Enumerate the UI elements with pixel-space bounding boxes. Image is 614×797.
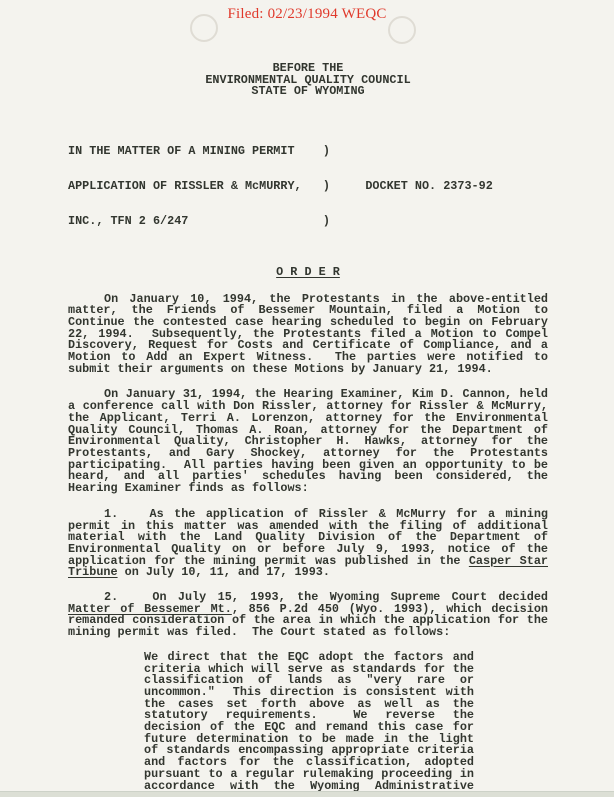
finding-paragraph-1: 1. As the application of Rissler & McMur… — [68, 509, 548, 579]
scan-bottom-edge — [0, 791, 614, 797]
order-title: O R D E R — [68, 267, 548, 279]
caption-line-2: APPLICATION OF RISSLER & McMURRY, ) DOCK… — [68, 181, 548, 193]
caption-line-3: INC., TFN 2 6/247 ) — [68, 216, 548, 228]
case-caption: IN THE MATTER OF A MINING PERMIT ) APPLI… — [68, 122, 548, 251]
document-content: BEFORE THE ENVIRONMENTAL QUALITY COUNCIL… — [68, 0, 548, 797]
caption-line-2-text: APPLICATION OF RISSLER & McMURRY, ) — [68, 179, 365, 193]
court-header-line-3: STATE OF WYOMING — [68, 86, 548, 98]
court-header: BEFORE THE ENVIRONMENTAL QUALITY COUNCIL… — [68, 63, 548, 98]
order-title-text: O R D E R — [276, 265, 340, 279]
order-paragraph-2: On January 31, 1994, the Hearing Examine… — [68, 389, 548, 494]
finding-1-text-end: on July 10, 11, and 17, 1993. — [118, 565, 330, 579]
document-page: Filed: 02/23/1994 WEQC BEFORE THE ENVIRO… — [0, 0, 614, 797]
caption-line-1: IN THE MATTER OF A MINING PERMIT ) — [68, 146, 548, 158]
order-paragraph-1: On January 10, 1994, the Protestants in … — [68, 294, 548, 376]
docket-number: DOCKET NO. 2373-92 — [365, 179, 492, 193]
finding-paragraph-2: 2. On July 15, 1993, the Wyoming Supreme… — [68, 592, 548, 639]
supreme-court-block-quote: We direct that the EQC adopt the factors… — [144, 652, 474, 797]
